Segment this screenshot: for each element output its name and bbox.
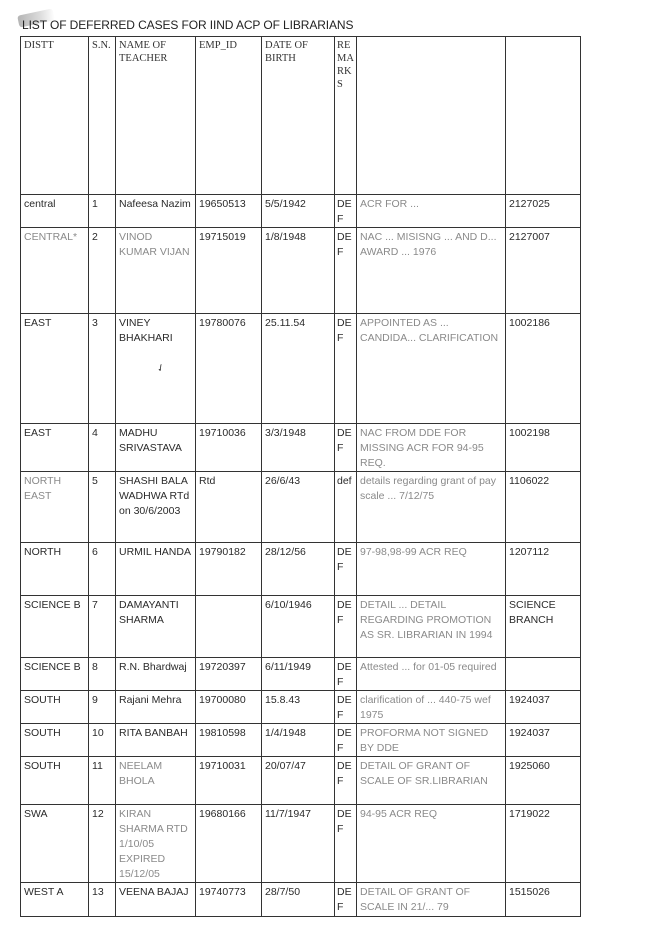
cell-remarks: DEF: [335, 424, 357, 472]
cell-remarks: DEF: [335, 596, 357, 658]
cell-remarks: DEF: [335, 658, 357, 691]
cell-remarks: def: [335, 472, 357, 543]
cell-dob: 6/10/1946: [262, 596, 335, 658]
cell-teacher-name: VINOD KUMAR VIJAN: [116, 228, 196, 314]
cell-dob: 26/6/43: [262, 472, 335, 543]
cell-teacher-name: Nafeesa Nazim: [116, 195, 196, 228]
cell-sn: 5: [89, 472, 116, 543]
document-title: LIST OF DEFERRED CASES FOR IIND ACP OF L…: [22, 18, 353, 32]
cell-details: details regarding grant of pay scale ...…: [357, 472, 506, 543]
cell-details: NAC ... MISISNG ... AND D... AWARD ... 1…: [357, 228, 506, 314]
table-row: SOUTH9Rajani Mehra1970008015.8.43DEFclar…: [21, 691, 581, 724]
header-remarks: RE MA RK S: [335, 37, 357, 195]
table-row: SCIENCE B8R.N. Bhardwaj197203976/11/1949…: [21, 658, 581, 691]
cell-sn: 3: [89, 314, 116, 424]
cell-remarks: DEF: [335, 805, 357, 883]
cell-dob: 15.8.43: [262, 691, 335, 724]
cell-emp-id: 19650513: [196, 195, 262, 228]
cell-distt: NORTH: [21, 543, 89, 596]
cell-distt: SWA: [21, 805, 89, 883]
cell-distt: SOUTH: [21, 724, 89, 757]
header-emp-id: EMP_ID: [196, 37, 262, 195]
cell-code: 1924037: [506, 691, 581, 724]
cell-remarks: DEF: [335, 691, 357, 724]
cell-dob: 28/12/56: [262, 543, 335, 596]
table-row: EAST3VINEY BHAKHARI1978007625.11.54DEFAP…: [21, 314, 581, 424]
cell-emp-id: [196, 596, 262, 658]
cell-code: 1002186: [506, 314, 581, 424]
cell-teacher-name: DAMAYANTI SHARMA: [116, 596, 196, 658]
cell-emp-id: 19810598: [196, 724, 262, 757]
cell-teacher-name: URMIL HANDA: [116, 543, 196, 596]
cell-code: 1719022: [506, 805, 581, 883]
cell-emp-id: 19780076: [196, 314, 262, 424]
cell-dob: 11/7/1947: [262, 805, 335, 883]
cell-emp-id: 19710036: [196, 424, 262, 472]
cell-code: 1924037: [506, 724, 581, 757]
cell-emp-id: 19700080: [196, 691, 262, 724]
cell-details: PROFORMA NOT SIGNED BY DDE: [357, 724, 506, 757]
cell-dob: 1/4/1948: [262, 724, 335, 757]
cell-details: 94-95 ACR REQ: [357, 805, 506, 883]
cell-details: DETAIL OF GRANT OF SCALE IN 21/... 79: [357, 883, 506, 917]
cell-details: DETAIL ... DETAIL REGARDING PROMOTION AS…: [357, 596, 506, 658]
cell-teacher-name: Rajani Mehra: [116, 691, 196, 724]
cell-teacher-name: RITA BANBAH: [116, 724, 196, 757]
cell-code: SCIENCE BRANCH: [506, 596, 581, 658]
table-row: SOUTH10RITA BANBAH198105981/4/1948DEFPRO…: [21, 724, 581, 757]
header-name: NAME OF TEACHER: [116, 37, 196, 195]
cell-sn: 12: [89, 805, 116, 883]
cell-teacher-name: NEELAM BHOLA: [116, 757, 196, 805]
cell-emp-id: 19715019: [196, 228, 262, 314]
cell-teacher-name: KIRAN SHARMA RTD 1/10/05 EXPIRED 15/12/0…: [116, 805, 196, 883]
header-sn: S.N.: [89, 37, 116, 195]
table-row: NORTH EAST5SHASHI BALA WADHWA RTd on 30/…: [21, 472, 581, 543]
cell-remarks: DEF: [335, 314, 357, 424]
cell-code: 1515026: [506, 883, 581, 917]
cell-details: 97-98,98-99 ACR REQ: [357, 543, 506, 596]
cell-details: DETAIL OF GRANT OF SCALE OF SR.LIBRARIAN: [357, 757, 506, 805]
cell-dob: 3/3/1948: [262, 424, 335, 472]
cell-emp-id: 19740773: [196, 883, 262, 917]
cell-code: [506, 658, 581, 691]
cell-emp-id: 19790182: [196, 543, 262, 596]
cell-remarks: DEF: [335, 195, 357, 228]
cell-dob: 1/8/1948: [262, 228, 335, 314]
table-row: SCIENCE B7DAMAYANTI SHARMA6/10/1946DEFDE…: [21, 596, 581, 658]
header-distt: DISTT: [21, 37, 89, 195]
cell-distt: EAST: [21, 314, 89, 424]
cell-sn: 8: [89, 658, 116, 691]
cell-distt: CENTRAL*: [21, 228, 89, 314]
table-row: SOUTH11NEELAM BHOLA1971003120/07/47DEFDE…: [21, 757, 581, 805]
cell-details: NAC FROM DDE FOR MISSING ACR FOR 94-95 R…: [357, 424, 506, 472]
cell-sn: 1: [89, 195, 116, 228]
cell-distt: SCIENCE B: [21, 658, 89, 691]
cell-distt: WEST A: [21, 883, 89, 917]
cell-distt: EAST: [21, 424, 89, 472]
cell-teacher-name: R.N. Bhardwaj: [116, 658, 196, 691]
cell-dob: 28/7/50: [262, 883, 335, 917]
cell-sn: 13: [89, 883, 116, 917]
cell-emp-id: Rtd: [196, 472, 262, 543]
header-code: [506, 37, 581, 195]
cell-dob: 6/11/1949: [262, 658, 335, 691]
cell-remarks: DEF: [335, 228, 357, 314]
cell-details: ACR FOR ...: [357, 195, 506, 228]
cell-emp-id: 19680166: [196, 805, 262, 883]
table-row: SWA12KIRAN SHARMA RTD 1/10/05 EXPIRED 15…: [21, 805, 581, 883]
cell-emp-id: 19720397: [196, 658, 262, 691]
header-dob: DATE OF BIRTH: [262, 37, 335, 195]
cell-remarks: DEF: [335, 883, 357, 917]
cell-distt: SOUTH: [21, 691, 89, 724]
cell-distt: SCIENCE B: [21, 596, 89, 658]
table-row: NORTH6URMIL HANDA1979018228/12/56DEF97-9…: [21, 543, 581, 596]
cell-remarks: DEF: [335, 757, 357, 805]
deferred-cases-table: DISTT S.N. NAME OF TEACHER EMP_ID DATE O…: [20, 36, 581, 917]
cell-details: clarification of ... 440-75 wef 1975: [357, 691, 506, 724]
cell-dob: 25.11.54: [262, 314, 335, 424]
cell-details: Attested ... for 01-05 required: [357, 658, 506, 691]
cell-remarks: DEF: [335, 724, 357, 757]
cell-code: 2127025: [506, 195, 581, 228]
cell-emp-id: 19710031: [196, 757, 262, 805]
cell-code: 1207112: [506, 543, 581, 596]
cell-teacher-name: SHASHI BALA WADHWA RTd on 30/6/2003: [116, 472, 196, 543]
cell-distt: SOUTH: [21, 757, 89, 805]
cell-dob: 20/07/47: [262, 757, 335, 805]
cell-distt: NORTH EAST: [21, 472, 89, 543]
cell-teacher-name: MADHU SRIVASTAVA: [116, 424, 196, 472]
cell-details: APPOINTED AS ... CANDIDA... CLARIFICATIO…: [357, 314, 506, 424]
cell-sn: 7: [89, 596, 116, 658]
cell-code: 1106022: [506, 472, 581, 543]
cell-code: 1002198: [506, 424, 581, 472]
cell-sn: 9: [89, 691, 116, 724]
cell-sn: 4: [89, 424, 116, 472]
table-row: WEST A13VEENA BAJAJ1974077328/7/50DEFDET…: [21, 883, 581, 917]
header-details: [357, 37, 506, 195]
cell-sn: 2: [89, 228, 116, 314]
cell-code: 1925060: [506, 757, 581, 805]
table-row: central1Nafeesa Nazim196505135/5/1942DEF…: [21, 195, 581, 228]
table-row: EAST4MADHU SRIVASTAVA197100363/3/1948DEF…: [21, 424, 581, 472]
cell-sn: 6: [89, 543, 116, 596]
cell-sn: 11: [89, 757, 116, 805]
cell-sn: 10: [89, 724, 116, 757]
cell-code: 2127007: [506, 228, 581, 314]
cell-teacher-name: VEENA BAJAJ: [116, 883, 196, 917]
table-header-row: DISTT S.N. NAME OF TEACHER EMP_ID DATE O…: [21, 37, 581, 195]
table-row: CENTRAL*2VINOD KUMAR VIJAN197150191/8/19…: [21, 228, 581, 314]
cell-distt: central: [21, 195, 89, 228]
cell-remarks: DEF: [335, 543, 357, 596]
cell-dob: 5/5/1942: [262, 195, 335, 228]
